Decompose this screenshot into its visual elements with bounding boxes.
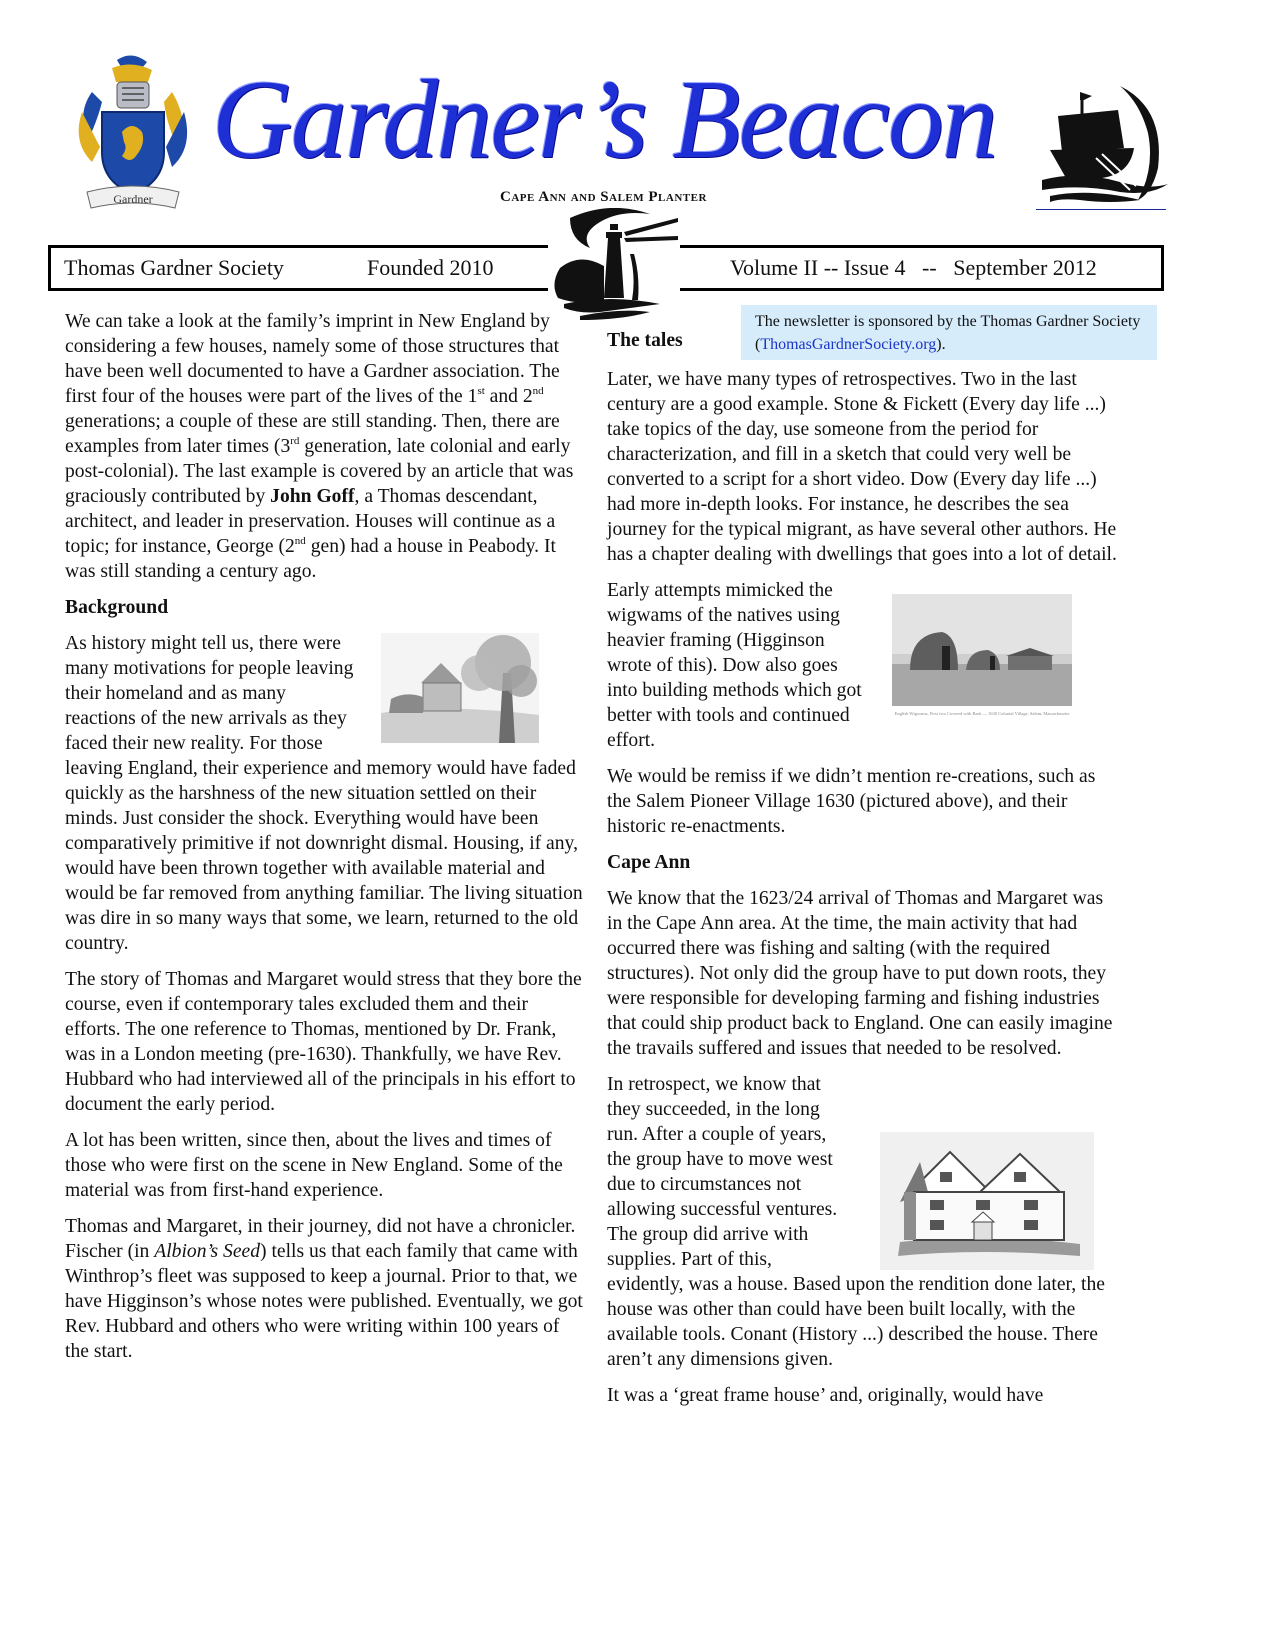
sponsor-text-end: ). <box>936 336 945 353</box>
lighthouse-logo <box>550 208 680 320</box>
sponsor-notice: The newsletter is sponsored by the Thoma… <box>741 305 1157 360</box>
body-paragraph: A lot has been written, since then, abou… <box>65 1128 585 1203</box>
body-paragraph: Thomas and Margaret, in their journey, d… <box>65 1214 585 1364</box>
decorative-rule <box>1036 209 1166 210</box>
frame-house-drawing <box>880 1132 1094 1270</box>
founded-date: Founded 2010 <box>367 255 494 281</box>
body-paragraph: We know that the 1623/24 arrival of Thom… <box>607 886 1122 1061</box>
section-heading-the-tales: The tales <box>607 330 683 352</box>
body-paragraph: It was a ‘great frame house’ and, origin… <box>607 1383 1122 1408</box>
society-website-link[interactable]: ThomasGardnerSociety.org <box>760 336 936 353</box>
svg-text:English Wigwams, First two Cov: English Wigwams, First two Covered with … <box>895 711 1070 717</box>
newsletter-title: Gardner’s Beacon <box>212 50 1042 190</box>
lighthouse-icon <box>550 208 680 320</box>
body-paragraph: As history might tell us, there were man… <box>65 631 585 956</box>
svg-text:Gardner: Gardner <box>113 192 152 206</box>
newsletter-subtitle: Cape Ann and Salem Planter <box>500 189 707 206</box>
coat-of-arms-icon: Gardner <box>72 52 194 212</box>
body-paragraph: In retrospect, we know that they succeed… <box>607 1072 1122 1372</box>
body-paragraph: The story of Thomas and Margaret would s… <box>65 967 585 1117</box>
left-column: We can take a look at the family’s impri… <box>65 309 585 1375</box>
body-paragraph: English Wigwams, First two Covered with … <box>607 578 1122 753</box>
wigwam-village-illustration: English Wigwams, First two Covered with … <box>892 594 1072 724</box>
book-title: Albion’s Seed <box>154 1241 260 1262</box>
ship-logo <box>1040 78 1170 208</box>
body-paragraph: Later, we have many types of retrospecti… <box>607 367 1122 567</box>
section-heading-background: Background <box>65 595 585 620</box>
right-column: Later, we have many types of retrospecti… <box>607 367 1122 1419</box>
body-paragraph: We would be remiss if we didn’t mention … <box>607 764 1122 839</box>
section-heading-cape-ann: Cape Ann <box>607 850 1122 875</box>
family-crest-image: Gardner <box>72 52 194 212</box>
intro-paragraph: We can take a look at the family’s impri… <box>65 309 585 584</box>
author-name: John Goff <box>270 486 354 507</box>
house-and-tree-illustration <box>381 633 539 743</box>
society-name: Thomas Gardner Society <box>64 255 284 281</box>
farmhouse-sketch-image <box>381 633 539 743</box>
ship-icon <box>1040 78 1170 208</box>
wigwam-photo: English Wigwams, First two Covered with … <box>892 594 1072 724</box>
great-frame-house-illustration <box>880 1132 1094 1270</box>
issue-info: Volume II -- Issue 4 -- September 2012 <box>730 255 1097 281</box>
